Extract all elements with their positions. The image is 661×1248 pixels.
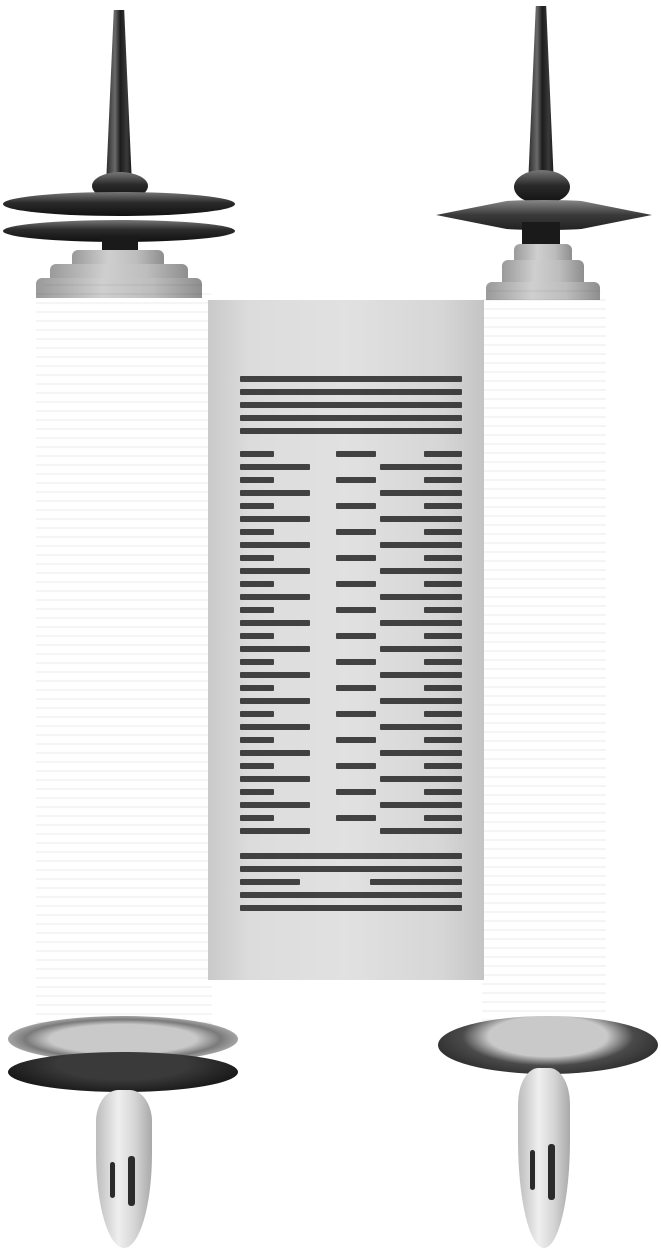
text-line (240, 746, 462, 759)
text-line (240, 411, 462, 424)
text-line (240, 398, 462, 411)
left-handle (96, 1090, 152, 1248)
hebrew-text-column (240, 372, 462, 914)
text-line (240, 460, 462, 473)
text-line (240, 824, 462, 837)
right-finial-collar (522, 222, 560, 246)
text-line (240, 486, 462, 499)
text-line (240, 772, 462, 785)
right-handle (518, 1068, 570, 1248)
left-scroll-roll (36, 284, 212, 1054)
text-line (240, 512, 462, 525)
text-line (240, 759, 462, 772)
text-line (240, 525, 462, 538)
text-line (240, 385, 462, 398)
text-line (240, 642, 462, 655)
text-line (240, 785, 462, 798)
text-line (240, 811, 462, 824)
text-line (240, 707, 462, 720)
text-line (240, 720, 462, 733)
left-finial-disc-upper (3, 192, 235, 216)
right-finial-spire (528, 6, 554, 186)
text-line (240, 616, 462, 629)
text-line (240, 875, 462, 888)
text-line (240, 424, 462, 437)
right-scroll-roll (482, 290, 606, 1050)
left-handle-groove (110, 1162, 115, 1198)
left-handle-groove (128, 1156, 135, 1206)
text-line (240, 603, 462, 616)
text-line (240, 577, 462, 590)
torah-scroll-photo (0, 0, 661, 1248)
text-line (240, 499, 462, 512)
text-line (240, 798, 462, 811)
text-line (240, 447, 462, 460)
text-line (240, 564, 462, 577)
text-line (240, 590, 462, 603)
text-line (240, 551, 462, 564)
text-line (240, 629, 462, 642)
left-bottom-ring-lower (8, 1052, 238, 1092)
text-line (240, 694, 462, 707)
text-line (240, 473, 462, 486)
text-line (240, 681, 462, 694)
text-line (240, 733, 462, 746)
parchment-sheet (208, 300, 484, 980)
text-line (240, 668, 462, 681)
text-line (240, 862, 462, 875)
left-finial-spire (106, 10, 132, 185)
right-handle-groove (530, 1150, 535, 1190)
text-line (240, 372, 462, 385)
text-line (240, 888, 462, 901)
text-line (240, 901, 462, 914)
right-handle-groove (548, 1144, 555, 1200)
text-line (240, 538, 462, 551)
right-finial-knob (514, 170, 570, 204)
right-bottom-ring (438, 1016, 658, 1074)
text-line (240, 655, 462, 668)
text-line (240, 849, 462, 862)
